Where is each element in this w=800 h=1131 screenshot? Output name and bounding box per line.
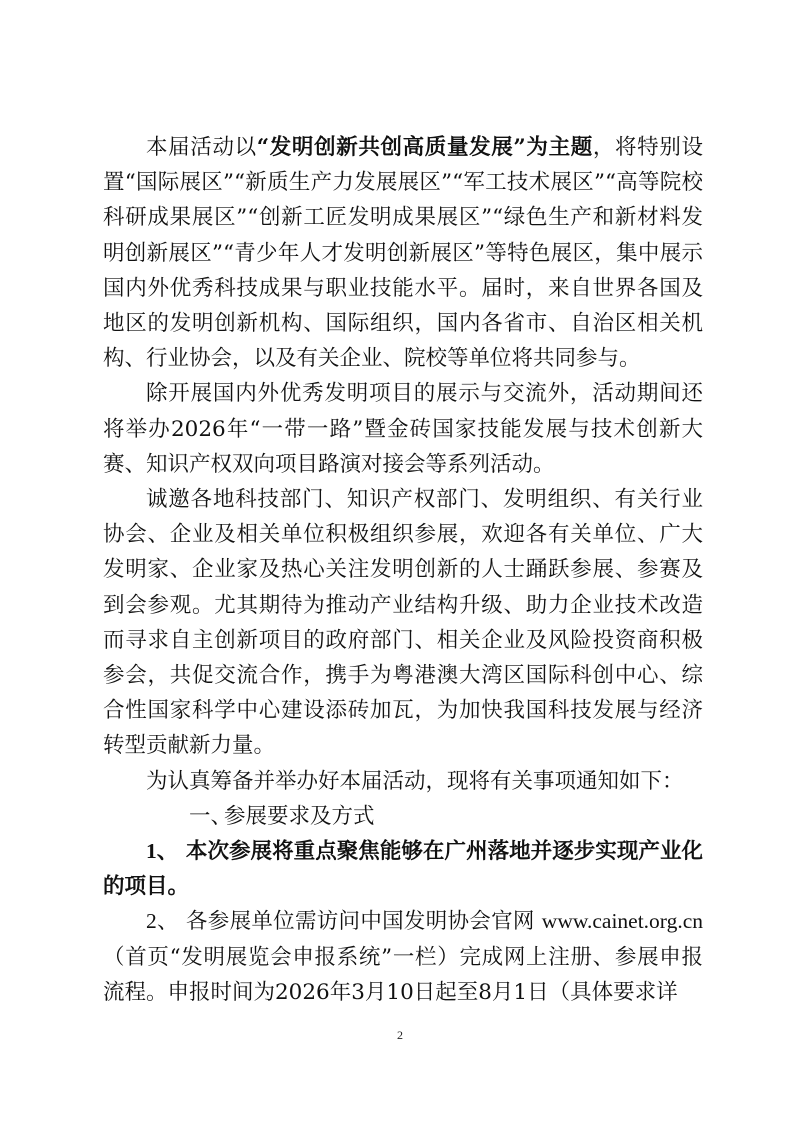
document-body: 本届活动以“发明创新共创高质量发展”为主题，将特别设置“国际展区”“新质生产力发…: [103, 130, 703, 1010]
list-item-1: 1、 本次参展将重点聚焦能够在广州落地并逐步实现产业化的项目。: [103, 834, 703, 904]
document-page: 本届活动以“发明创新共创高质量发展”为主题，将特别设置“国际展区”“新质生产力发…: [0, 0, 800, 1131]
paragraph-theme: 本届活动以“发明创新共创高质量发展”为主题，将特别设置“国际展区”“新质生产力发…: [103, 130, 703, 376]
section-number: 一、: [146, 799, 224, 834]
page-number: 2: [0, 1028, 800, 1043]
theme-title: “发明创新共创高质量发展”为主题: [257, 135, 593, 160]
list-item-text: 本次参展将重点聚焦能够在广州落地并逐步实现产业化的项目。: [103, 839, 703, 899]
section-title: 参展要求及方式: [224, 804, 375, 829]
paragraph-invitation: 诚邀各地科技部门、知识产权部门、发明组织、有关行业协会、企业及相关单位积极组织参…: [103, 482, 703, 764]
paragraph-theme-rest: ，将特别设置“国际展区”“新质生产力发展展区”“军工技术展区”“高等院校科研成果…: [103, 135, 703, 371]
list-item-text: 各参展单位需访问中国发明协会官网: [186, 909, 535, 934]
section-heading-1: 一、参展要求及方式: [103, 799, 703, 834]
list-item-2: 2、 各参展单位需访问中国发明协会官网 www.cainet.org.cn（首页…: [103, 904, 703, 1010]
list-item-number: 1、: [146, 839, 178, 863]
paragraph-activities: 除开展国内外优秀发明项目的展示与交流外，活动期间还将举办2026年“一带一路”暨…: [103, 376, 703, 482]
paragraph-notice-intro: 为认真筹备并举办好本届活动，现将有关事项通知如下：: [103, 764, 703, 799]
website-link[interactable]: www.cainet.org.cn: [542, 909, 703, 933]
paragraph-theme-lead: 本届活动以: [146, 135, 257, 160]
list-item-number: 2、: [146, 909, 179, 933]
list-item-text-continued: （首页“发明展览会申报系统”一栏）完成网上注册、参展申报流程。申报时间为2026…: [103, 945, 703, 1005]
